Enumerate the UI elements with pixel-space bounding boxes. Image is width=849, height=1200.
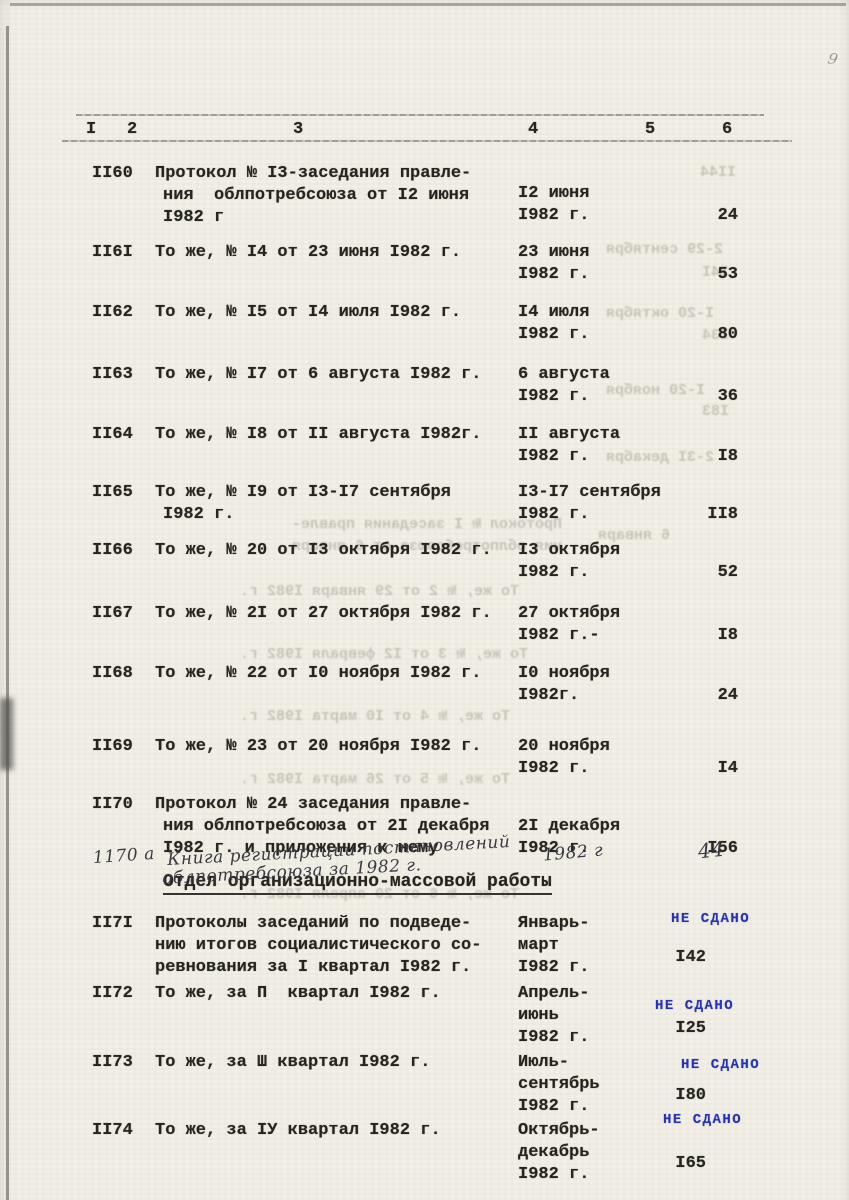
entry-title-line: Протоколы заседаний по подведе- [155,913,471,935]
entry-date-line: I4 июля [518,302,589,324]
entry-number: II60 [92,163,133,185]
ghost-text: То же, № 5 от 26 марта I982 г. [240,771,510,788]
entry-number: II6I [92,242,133,264]
entry-date-line: I982г. [518,685,579,707]
entry-date-line: I982 г. [518,562,589,584]
scan-edge-top [10,3,846,6]
entry-title-line: То же, № 2I от 27 октября I982 г. [155,603,492,625]
column-header: 2 [127,119,137,141]
entry-date-line: I982 г. [518,957,589,979]
entry-number: II67 [92,603,133,625]
entry-title-line: То же, за П квартал I982 г. [155,983,441,1005]
entry-sheet-count: I65 [618,1153,706,1175]
entry-title-line: То же, № I4 от 23 июня I982 г. [155,242,461,264]
entry-sheet-count: 36 [650,386,738,408]
handwritten-entry-date: 1982 г [542,840,604,865]
header-rule-top [76,114,764,116]
entry-title-line: То же, № I7 от 6 августа I982 г. [155,364,481,386]
entry-number: II63 [92,364,133,386]
entry-date-line: I3-I7 сентября [518,482,661,504]
ghost-text: 2-29 сентября [606,241,723,258]
entry-title-line: То же, № 23 от 20 ноября I982 г. [155,736,481,758]
entry-date-line: декабрь [518,1142,589,1164]
entry-sheet-count: 24 [650,685,738,707]
entry-number: II66 [92,540,133,562]
entry-date-line: I3 октября [518,540,620,562]
ghost-text: То же, № 4 от I0 марта I982 г. [240,708,510,725]
entry-title-line: То же, № 22 от I0 ноября I982 г. [155,663,481,685]
entry-date-line: II августа [518,424,620,446]
handwritten-entry-number: 1170 а [92,844,155,868]
header-rule-bottom [62,140,792,142]
scanned-document: { "page": { "column_headers": ["I", "2",… [0,0,849,1200]
ghost-text: II44 [700,164,736,181]
entry-date-line: Апрель- [518,983,589,1005]
entry-sheet-count: 24 [650,205,738,227]
entry-sheet-count: 53 [650,264,738,286]
entry-date-line: сентябрь [518,1074,600,1096]
entry-title-line: То же, № I5 от I4 июля I982 г. [155,302,461,324]
not-submitted-stamp: НЕ СДАНО [681,1057,760,1073]
entry-title-line: То же, № I8 от II августа I982г. [155,424,481,446]
entry-title-line: То же, № I9 от I3-I7 сентября [155,482,451,504]
entry-sheet-count: I4 [650,758,738,780]
entry-number: II68 [92,663,133,685]
entry-number: II7I [92,913,133,935]
entry-sheet-count: 52 [650,562,738,584]
entry-date-line: I982 г. [518,264,589,286]
entry-sheet-count: I8 [650,446,738,468]
entry-date-line: Июль- [518,1052,569,1074]
entry-title-line: То же, за IУ квартал I982 г. [155,1120,441,1142]
entry-date-line: 6 августа [518,364,610,386]
entry-title-line: То же, за Ш квартал I982 г. [155,1052,430,1074]
not-submitted-stamp: НЕ СДАНО [663,1112,742,1128]
scan-edge-left [6,26,9,1200]
entry-title-line: ния облпотребсоюза от I2 июня [163,185,469,207]
column-header: 3 [293,119,303,141]
entry-number: II74 [92,1120,133,1142]
entry-number: II72 [92,983,133,1005]
entry-date-line: 23 июня [518,242,589,264]
ink-smudge [0,698,13,770]
entry-date-line: I982 г.- [518,625,600,647]
entry-title-line: ревнования за I квартал I982 г. [155,957,471,979]
entry-sheet-count: II8 [650,504,738,526]
entry-number: II65 [92,482,133,504]
entry-number: II64 [92,424,133,446]
entry-date-line: I0 ноября [518,663,610,685]
entry-date-line: 27 октября [518,603,620,625]
corner-pen-mark: 9 [826,49,839,69]
entry-date-line: I982 г. [518,324,589,346]
column-header: I [86,119,96,141]
entry-title-line: нию итогов социалистического со- [155,935,481,957]
entry-date-line: 2I декабря [518,816,620,838]
entry-date-line: Октябрь- [518,1120,600,1142]
entry-title-line: Протокол № I3-заседания правле- [155,163,471,185]
entry-date-line: I982 г. [518,504,589,526]
ghost-text: I-20 октября [606,305,714,322]
ghost-text: То же, № 3 от I2 февраля I982 г. [240,646,528,663]
entry-title-line: I982 г. [163,504,234,526]
page: I23456 2-29 сентябряI4II-20 октябряI34I-… [0,0,849,1200]
not-submitted-stamp: НЕ СДАНО [671,911,750,927]
entry-sheet-count: I25 [618,1018,706,1040]
column-header: 6 [722,119,732,141]
column-header: 4 [528,119,538,141]
handwritten-sheet-count: 44 [697,837,726,864]
entry-number: II62 [92,302,133,324]
entry-number: II70 [92,794,133,816]
entry-sheet-count: I80 [618,1085,706,1107]
entry-date-line: июнь [518,1005,559,1027]
entry-date-line: I982 г. [518,1027,589,1049]
entry-date-line: I982 г. [518,446,589,468]
entry-date-line: Январь- [518,913,589,935]
entry-sheet-count: I8 [650,625,738,647]
entry-title-line: То же, № 20 от I3 октября I982 г. [155,540,492,562]
entry-date-line: I982 г. [518,205,589,227]
entry-sheet-count: 80 [650,324,738,346]
entry-date-line: I982 г. [518,1164,589,1186]
entry-date-line: 20 ноября [518,736,610,758]
entry-sheet-count: I42 [618,947,706,969]
entry-date-line: I982 г. [518,1096,589,1118]
column-header: 5 [645,119,655,141]
not-submitted-stamp: НЕ СДАНО [655,998,734,1014]
entry-date-line: I982 г. [518,386,589,408]
ghost-text: То же, № 2 от 29 января I982 г. [240,583,519,600]
entry-number: II69 [92,736,133,758]
entry-title-line: Протокол № 24 заседания правле- [155,794,471,816]
entry-date-line: март [518,935,559,957]
entry-title-line: I982 г [163,207,224,229]
entry-date-line: I982 г. [518,758,589,780]
entry-date-line: I2 июня [518,183,589,205]
entry-number: II73 [92,1052,133,1074]
